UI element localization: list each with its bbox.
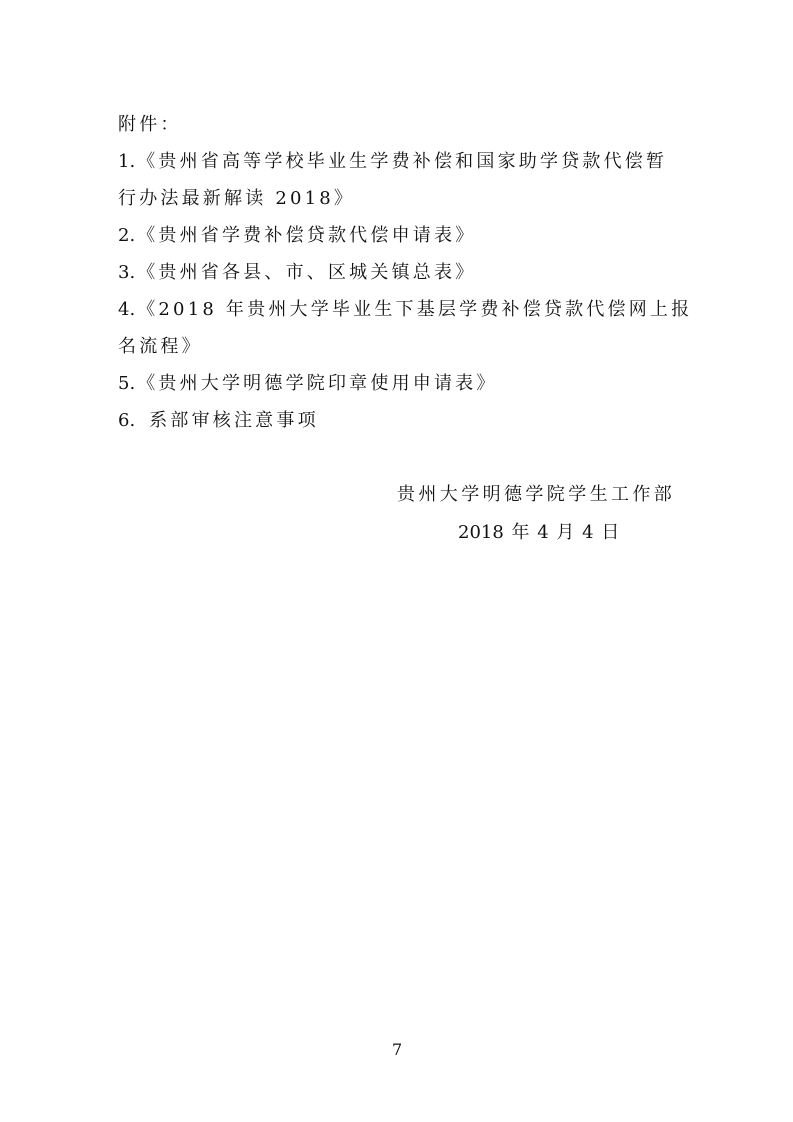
attachment-number: 3. <box>118 262 135 283</box>
attachment-item-1-continued: 行办法最新解读 2018》 <box>118 180 678 217</box>
attachment-item-2: 2.《贵州省学费补偿贷款代偿申请表》 <box>118 217 678 254</box>
attachment-title: 《贵州省各县、市、区城关镇总表》 <box>137 262 476 283</box>
attachment-item-6: 6.系部审核注意事项 <box>118 402 678 439</box>
attachments-heading: 附件： <box>118 106 678 143</box>
signature-organization: 贵州大学明德学院学生工作部 <box>397 476 675 513</box>
attachment-title: 《2018 年贵州大学毕业生下基层学费补偿贷款代偿网上报 <box>137 299 692 320</box>
document-page: 附件： 1.《贵州省高等学校毕业生学费补偿和国家助学贷款代偿暂 行办法最新解读 … <box>0 0 793 1122</box>
attachment-number: 2. <box>118 225 135 246</box>
page-number: 7 <box>392 1040 402 1060</box>
attachment-title: 系部审核注意事项 <box>149 410 319 431</box>
attachment-title: 《贵州省高等学校毕业生学费补偿和国家助学贷款代偿暂 <box>137 151 667 172</box>
attachment-number: 1. <box>118 151 135 172</box>
attachment-item-4: 4.《2018 年贵州大学毕业生下基层学费补偿贷款代偿网上报 <box>118 291 678 328</box>
attachment-number: 6. <box>118 410 135 431</box>
attachment-title: 《贵州省学费补偿贷款代偿申请表》 <box>137 225 476 246</box>
attachment-number: 4. <box>118 299 135 320</box>
attachment-item-4-continued: 名流程》 <box>118 328 678 365</box>
attachment-title: 《贵州大学明德学院印章使用申请表》 <box>137 373 497 394</box>
attachment-item-1: 1.《贵州省高等学校毕业生学费补偿和国家助学贷款代偿暂 <box>118 143 678 180</box>
attachment-item-3: 3.《贵州省各县、市、区城关镇总表》 <box>118 254 678 291</box>
attachment-number: 5. <box>118 373 135 394</box>
attachment-item-5: 5.《贵州大学明德学院印章使用申请表》 <box>118 365 678 402</box>
attachments-section: 附件： 1.《贵州省高等学校毕业生学费补偿和国家助学贷款代偿暂 行办法最新解读 … <box>118 106 678 439</box>
signature-date: 2018 年 4 月 4 日 <box>458 514 619 551</box>
